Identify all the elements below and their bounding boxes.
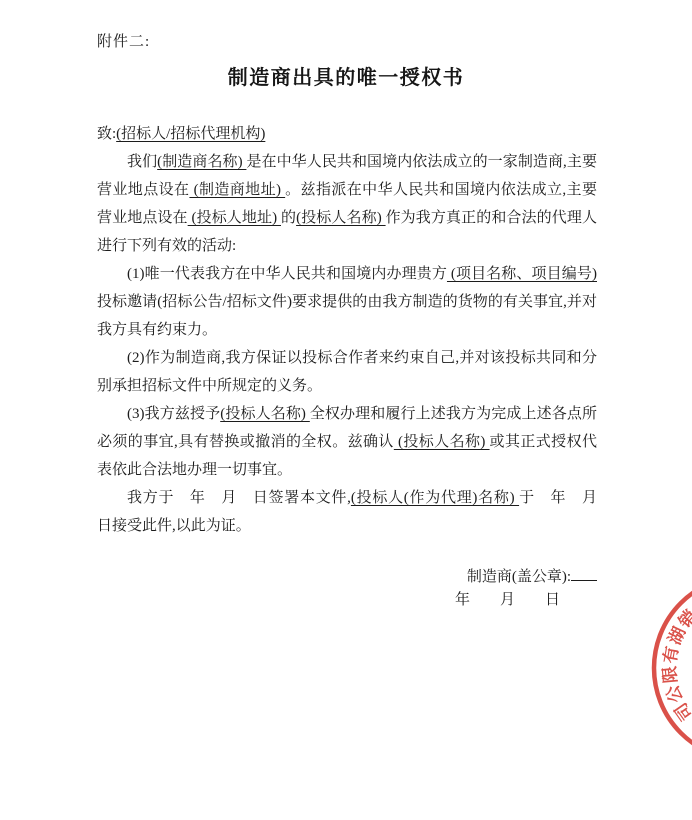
paragraph-intro: 我们(制造商名称) 是在中华人民共和国境内依法成立的一家制造商,主要营业地点设在… — [97, 148, 597, 260]
bidder-name-blank: (投标人名称) — [220, 406, 310, 422]
text-run: (1)唯一代表我方在中华人民共和国境内办理贵方 — [127, 266, 447, 282]
seal-arc-char: 销 — [674, 606, 692, 632]
bidder-name-blank: (投标人名称) — [296, 210, 385, 226]
signature-block: 制造商(盖公章): 年 月 日 — [97, 566, 597, 612]
recipient-blank-field: (招标人/招标代理机构) — [116, 126, 265, 142]
seal-arc-char: 有 — [659, 645, 682, 665]
document-page: 附件二: 制造商出具的唯一授权书 致:(招标人/招标代理机构) 我们(制造商名称… — [0, 0, 692, 820]
text-run: 我们 — [127, 154, 157, 170]
text-run: (2)作为制造商,我方保证以投标合作者来约束自己,并对该投标共同和分别承担招标文… — [97, 350, 597, 394]
salutation-line: 致:(招标人/招标代理机构) — [97, 120, 597, 148]
text-run: 我方于 年 月 日签署本文件, — [127, 490, 351, 506]
seal-arc-char: 公 — [663, 683, 687, 705]
project-name-number-blank: (项目名称、项目编号) — [447, 266, 597, 282]
signature-date-line: 年 月 日 — [97, 589, 597, 612]
text-run: (3)我方兹授予 — [127, 406, 220, 422]
text-run: 的 — [281, 210, 296, 226]
agent-name-blank: (投标人(作为代理)名称) — [351, 490, 519, 506]
paragraph-item-3: (3)我方兹授予(投标人名称) 全权办理和履行上述我方为完成上述各点所必须的事宜… — [97, 400, 597, 484]
seal-ring — [654, 576, 692, 760]
salutation-label: 致: — [97, 126, 116, 142]
manufacturer-address-blank: (制造商地址) — [189, 182, 285, 198]
company-seal-stamp: 销 湖 有 限 公 司 477 — [646, 568, 692, 768]
closing-paragraph: 我方于 年 月 日签署本文件,(投标人(作为代理)名称) 于 年 月 日接受此件… — [97, 484, 597, 540]
signature-blank-line — [571, 567, 597, 581]
seal-arc-char: 限 — [660, 665, 680, 684]
seal-label: 制造商(盖公章): — [467, 569, 571, 585]
seal-arc-char: 湖 — [664, 624, 689, 648]
seal-graphic: 销 湖 有 限 公 司 477 — [646, 568, 692, 768]
text-run: 投标邀请(招标公告/招标文件)要求提供的由我方制造的货物的有关事宜,并对我方具有… — [97, 294, 597, 338]
document-body: 致:(招标人/招标代理机构) 我们(制造商名称) 是在中华人民共和国境内依法成立… — [97, 120, 597, 612]
paragraph-item-2: (2)作为制造商,我方保证以投标合作者来约束自己,并对该投标共同和分别承担招标文… — [97, 344, 597, 400]
seal-arc-char: 司 — [671, 699, 692, 724]
seal-signature-line: 制造商(盖公章): — [97, 566, 597, 589]
attachment-label: 附件二: — [97, 30, 150, 51]
page-title: 制造商出具的唯一授权书 — [0, 61, 692, 90]
bidder-name-blank: (投标人名称) — [394, 434, 490, 450]
manufacturer-name-blank: (制造商名称) — [157, 154, 246, 170]
bidder-address-blank: (投标人地址) — [188, 210, 281, 226]
paragraph-item-1: (1)唯一代表我方在中华人民共和国境内办理贵方 (项目名称、项目编号) 投标邀请… — [97, 260, 597, 344]
